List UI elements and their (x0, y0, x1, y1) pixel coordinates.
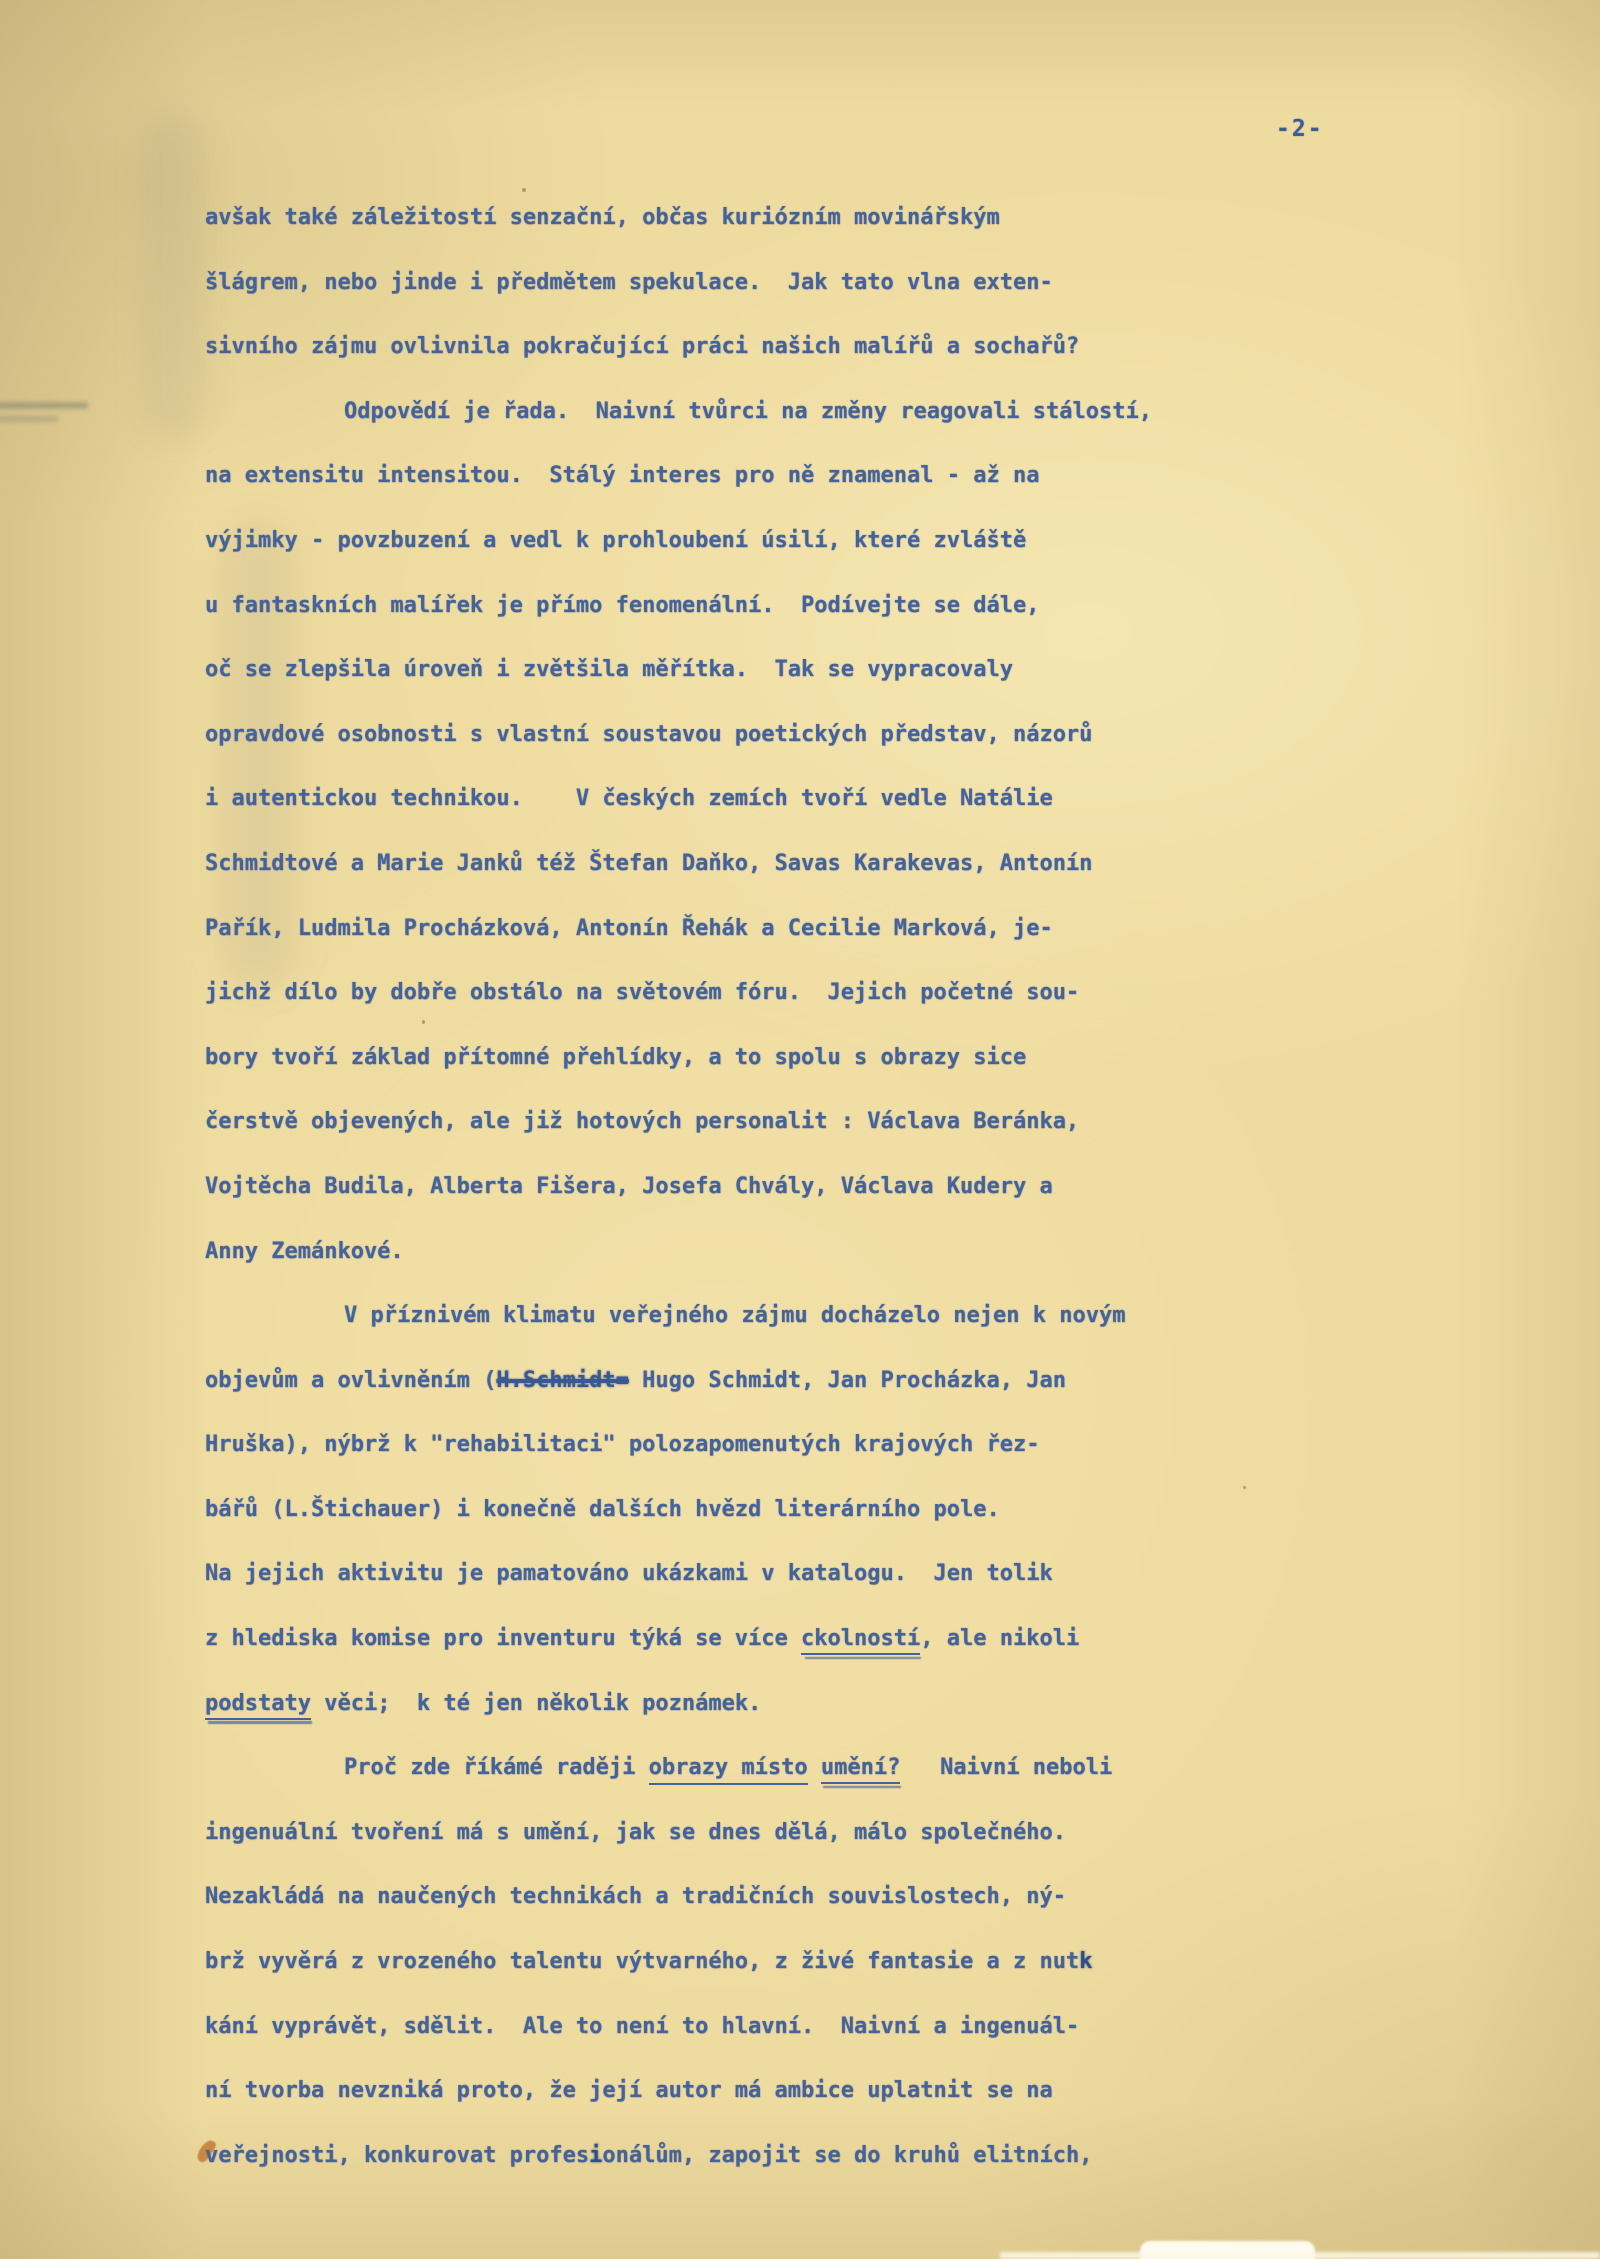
text-segment: veřejnosti, konkurovat profes (205, 2143, 589, 2168)
text-line: podstaty věci; k té jen několik poznámek… (205, 1672, 1205, 1737)
margin-pencil-mark (0, 402, 88, 409)
text-segment: objevům a ovlivněním ( (205, 1368, 496, 1393)
text-line: ní tvorba nevzniká proto, že její autor … (205, 2059, 1205, 2124)
double-underlined-text: podstaty (205, 1691, 311, 1720)
text-segment: šlágrem, nebo jinde i předmětem spekulac… (205, 270, 1053, 295)
text-line: z hlediska komise pro inventuru týká se … (205, 1607, 1205, 1672)
paper-smudge (140, 110, 210, 440)
text-segment: Nezakládá na naučených technikách a trad… (205, 1884, 1066, 1909)
text-line: Odpovědí je řada. Naivní tvůrci na změny… (205, 380, 1205, 445)
text-segment: jichž dílo by dobře obstálo na světovém … (205, 980, 1079, 1005)
text-segment: Hruška), nýbrž k "rehabilitaci" polozapo… (205, 1432, 1039, 1457)
text-segment: Pařík, Ludmila Procházková, Antonín Řehá… (205, 916, 1053, 941)
text-line: oč se zlepšila úroveň i zvětšila měřítka… (205, 638, 1205, 703)
text-segment: onálům, zapojit se do kruhů elitních, (602, 2143, 1092, 2168)
text-line: Vojtěcha Budila, Alberta Fišera, Josefa … (205, 1155, 1205, 1220)
text-line: i autentickou technikou. V českých zemíc… (205, 767, 1205, 832)
margin-pencil-mark (0, 416, 58, 422)
text-line: opravdové osobnosti s vlastní soustavou … (205, 703, 1205, 768)
underlined-text: obrazy místo (649, 1755, 808, 1785)
text-segment: opravdové osobnosti s vlastní soustavou … (205, 722, 1092, 747)
text-line: Proč zde říkámé raději obrazy místo uměn… (205, 1736, 1205, 1801)
text-line: veřejnosti, konkurovat profesionálům, za… (205, 2124, 1205, 2189)
text-line: Na jejich aktivitu je pamatováno ukázkam… (205, 1542, 1205, 1607)
overstruck-char: i (589, 2143, 602, 2168)
text-line: na extensitu intensitou. Stálý interes p… (205, 444, 1205, 509)
text-segment: Proč zde říkámé raději (344, 1755, 649, 1780)
text-segment: ní tvorba nevzniká proto, že její autor … (205, 2078, 1053, 2103)
text-segment: brž vyvěrá z vrozeného talentu výtvarnéh… (205, 1949, 1079, 1974)
double-underlined-text: ckolností (801, 1626, 920, 1655)
text-line: bářů (L.Štichauer) i konečně dalších hvě… (205, 1478, 1205, 1543)
text-line: Schmidtové a Marie Janků též Štefan Daňk… (205, 832, 1205, 897)
text-line: V příznivém klimatu veřejného zájmu doch… (205, 1284, 1205, 1349)
text-line: šlágrem, nebo jinde i předmětem spekulac… (205, 251, 1205, 316)
paper-edge-light-band (1000, 2252, 1600, 2259)
text-segment: ingenuální tvoření má s umění, jak se dn… (205, 1820, 1066, 1845)
text-segment: Naivní neboli (900, 1755, 1112, 1780)
text-line: jichž dílo by dobře obstálo na světovém … (205, 961, 1205, 1026)
typewritten-text: avšak také záležitostí senzační, občas k… (205, 186, 1205, 2188)
text-line: Nezakládá na naučených technikách a trad… (205, 1865, 1205, 1930)
text-line: Anny Zemánkové. (205, 1220, 1205, 1285)
text-line: výjimky - povzbuzení a vedl k prohlouben… (205, 509, 1205, 574)
text-line: brž vyvěrá z vrozeného talentu výtvarnéh… (205, 1930, 1205, 1995)
text-segment: bory tvoří základ přítomné přehlídky, a … (205, 1045, 1026, 1070)
text-segment: čerstvě objevených, ale již hotových per… (205, 1109, 1079, 1134)
text-segment: sivního zájmu ovlivnila pokračující prác… (205, 334, 1079, 359)
text-line: ingenuální tvoření má s umění, jak se dn… (205, 1801, 1205, 1866)
text-segment: na extensitu intensitou. Stálý interes p… (205, 463, 1039, 488)
text-segment: Anny Zemánkové. (205, 1239, 404, 1264)
text-line: bory tvoří základ přítomné přehlídky, a … (205, 1026, 1205, 1091)
struck-through-text: H.Schmidt= (496, 1368, 628, 1393)
text-segment: , ale nikoli (920, 1626, 1079, 1651)
text-segment: kání vyprávět, sdělit. Ale to není to hl… (205, 2014, 1079, 2039)
text-segment (808, 1755, 821, 1780)
text-line: kání vyprávět, sdělit. Ale to není to hl… (205, 1995, 1205, 2060)
text-segment: z hlediska komise pro inventuru týká se … (205, 1626, 801, 1651)
overstruck-char: k (1079, 1949, 1092, 1974)
text-segment: bářů (L.Štichauer) i konečně dalších hvě… (205, 1497, 1000, 1522)
text-line: čerstvě objevených, ale již hotových per… (205, 1090, 1205, 1155)
text-segment: oč se zlepšila úroveň i zvětšila měřítka… (205, 657, 1013, 682)
text-segment: V příznivém klimatu veřejného zájmu doch… (344, 1303, 1125, 1328)
text-line: Pařík, Ludmila Procházková, Antonín Řehá… (205, 897, 1205, 962)
double-underlined-text: umění? (821, 1755, 900, 1784)
text-line: u fantaskních malířek je přímo fenomenál… (205, 574, 1205, 639)
text-segment: u fantaskních malířek je přímo fenomenál… (205, 593, 1039, 618)
text-segment: avšak také záležitostí senzační, občas k… (205, 205, 1000, 230)
text-line: Hruška), nýbrž k "rehabilitaci" polozapo… (205, 1413, 1205, 1478)
text-line: sivního zájmu ovlivnila pokračující prác… (205, 315, 1205, 380)
text-line: avšak také záležitostí senzační, občas k… (205, 186, 1205, 251)
text-segment: Odpovědí je řada. Naivní tvůrci na změny… (344, 399, 1152, 424)
text-segment: Na jejich aktivitu je pamatováno ukázkam… (205, 1561, 1053, 1586)
text-segment: věci; k té jen několik poznámek. (311, 1691, 761, 1716)
text-segment: i autentickou technikou. V českých zemíc… (205, 786, 1053, 811)
text-segment: výjimky - povzbuzení a vedl k prohlouben… (205, 528, 1026, 553)
paper-speck (1243, 1486, 1246, 1489)
page-number: -2- (1276, 116, 1324, 142)
text-segment: Hugo Schmidt, Jan Procházka, Jan (629, 1368, 1066, 1393)
text-line: objevům a ovlivněním (H.Schmidt= Hugo Sc… (205, 1349, 1205, 1414)
text-segment: Vojtěcha Budila, Alberta Fišera, Josefa … (205, 1174, 1053, 1199)
text-segment: Schmidtové a Marie Janků též Štefan Daňk… (205, 851, 1092, 876)
